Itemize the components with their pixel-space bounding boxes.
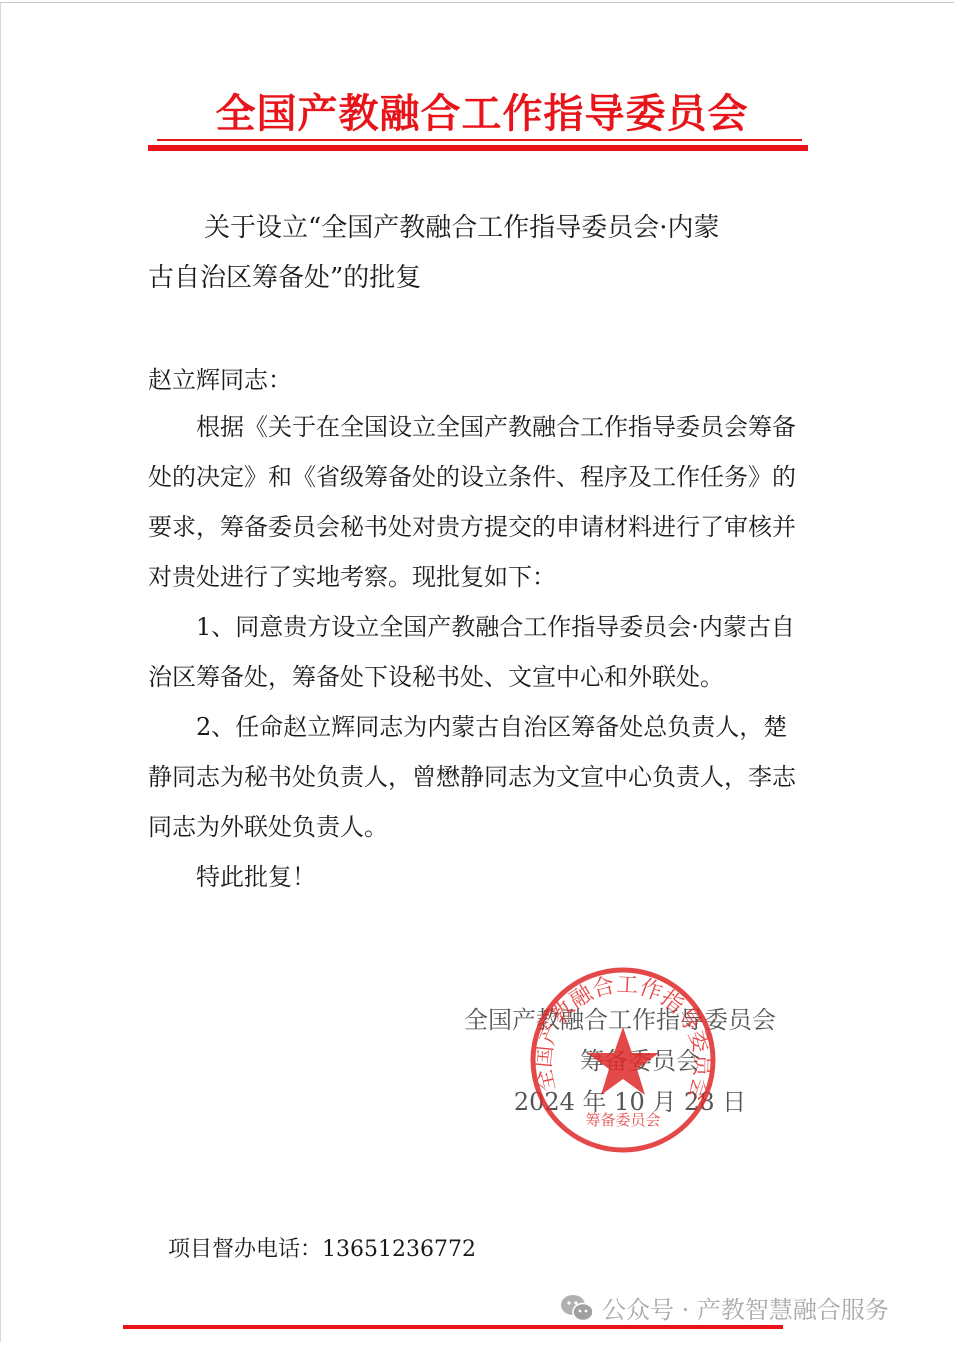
document-title: 关于设立“全国产教融合工作指导委员会·内蒙 古自治区筹备处”的批复: [148, 203, 813, 303]
contact-phone: 13651236772: [322, 1237, 476, 1262]
seal-bottom-text: 筹备委员会: [585, 1111, 660, 1129]
document-title-line-1: 关于设立“全国产教融合工作指导委员会·内蒙: [204, 213, 720, 243]
masthead-title: 全国产教融合工作指导委员会: [152, 88, 812, 140]
footer-red-rule: [123, 1325, 783, 1329]
paragraph-basis: 根据《关于在全国设立全国产教融合工作指导委员会筹备处的决定》和《省级筹备处的设立…: [148, 402, 808, 602]
contact-label: 项目督办电话：: [168, 1237, 322, 1262]
document-body: 根据《关于在全国设立全国产教融合工作指导委员会筹备处的决定》和《省级筹备处的设立…: [148, 402, 808, 902]
wechat-icon: [560, 1293, 594, 1323]
contact-line: 项目督办电话：13651236772: [168, 1230, 476, 1270]
salutation: 赵立辉同志：: [148, 355, 808, 405]
wechat-watermark: 公众号 · 产教智慧融合服务: [560, 1290, 889, 1325]
masthead-thin-rule: [157, 139, 802, 141]
document-title-line-2: 古自治区筹备处”的批复: [148, 263, 421, 293]
paragraph-item-1: 1、同意贵方设立全国产教融合工作指导委员会·内蒙古自治区筹备处，筹备处下设秘书处…: [148, 602, 808, 702]
official-seal-icon: 全国产教融合工作指导委员会 筹备委员会: [528, 965, 718, 1155]
paragraph-item-2: 2、任命赵立辉同志为内蒙古自治区筹备处总负责人，楚静同志为秘书处负责人，曾懋静同…: [148, 702, 808, 852]
watermark-text: 公众号 · 产教智慧融合服务: [602, 1290, 889, 1325]
paragraph-closing: 特此批复！: [148, 852, 808, 902]
masthead-thick-rule: [148, 145, 808, 151]
